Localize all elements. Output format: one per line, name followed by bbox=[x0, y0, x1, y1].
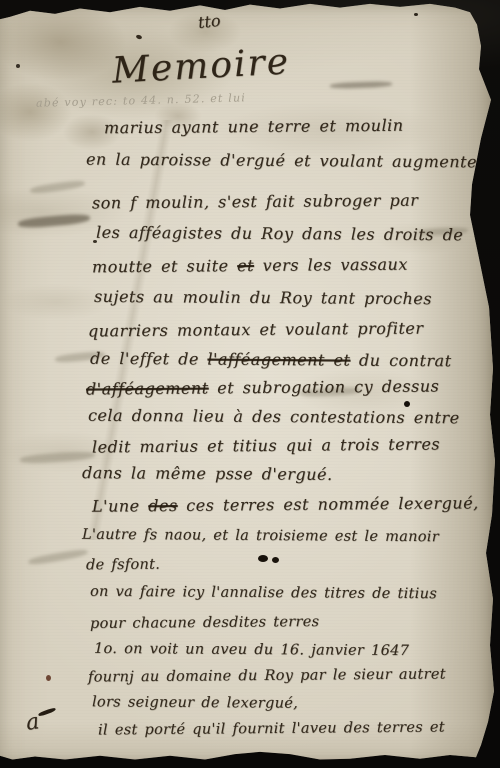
line-segment: moutte et suite bbox=[92, 256, 237, 276]
page-title: Memoire bbox=[111, 41, 291, 91]
manuscript-line: de l'effet de l'afféagement et du contra… bbox=[90, 349, 452, 371]
line-segment: ces terres est nommée lexergué, bbox=[178, 493, 479, 515]
manuscript-line: les afféagistes du Roy dans les droits d… bbox=[96, 223, 463, 245]
manuscript-page: tto Memoire abé voy rec: to 44. n. 52. e… bbox=[0, 0, 500, 768]
ink-blot bbox=[414, 13, 418, 16]
manuscript-line: dans la même psse d'ergué. bbox=[82, 463, 333, 484]
line-segment: de l'effet de bbox=[90, 349, 208, 369]
manuscript-line: quarriers montaux et voulant profiter bbox=[88, 319, 424, 341]
manuscript-line: lors seigneur de lexergué, bbox=[92, 694, 298, 711]
showthrough-smudge bbox=[18, 213, 91, 229]
folio-mark: tto bbox=[197, 11, 221, 32]
manuscript-line: en la paroisse d'ergué et voulant augmen… bbox=[86, 150, 485, 172]
struck-text: des bbox=[148, 496, 178, 515]
struck-text: d'afféagement bbox=[86, 378, 209, 398]
showthrough-smudge bbox=[28, 548, 88, 566]
ink-blot bbox=[135, 34, 142, 40]
ink-blot bbox=[16, 64, 20, 68]
manuscript-line: moutte et suite et vers les vassaux bbox=[92, 255, 408, 277]
ink-blot bbox=[404, 401, 410, 407]
title-flourish-smudge bbox=[330, 81, 392, 89]
line-segment: du contrat bbox=[350, 351, 451, 371]
ink-blot bbox=[258, 555, 268, 562]
manuscript-line: son f moulin, s'est fait subroger par bbox=[92, 191, 419, 213]
manuscript-line: sujets au moulin du Roy tant proches bbox=[94, 287, 432, 308]
photo-backdrop: tto Memoire abé voy rec: to 44. n. 52. e… bbox=[0, 0, 500, 768]
manuscript-line: pour chacune desdites terres bbox=[90, 614, 319, 632]
margin-smudge bbox=[38, 707, 56, 717]
showthrough-smudge bbox=[30, 179, 86, 195]
line-segment: vers les vassaux bbox=[254, 255, 408, 275]
manuscript-line: d'afféagement et subrogation cy dessus bbox=[86, 376, 439, 398]
manuscript-line: ledit marius et titius qui a trois terre… bbox=[92, 434, 440, 456]
manuscript-line: de fsfont. bbox=[86, 557, 160, 574]
struck-text: l'afféagement et bbox=[207, 350, 350, 370]
manuscript-line: 1o. on voit un aveu du 16. janvier 1647 bbox=[94, 641, 409, 659]
pencil-annotation: abé voy rec: to 44. n. 52. et lui bbox=[36, 91, 246, 109]
manuscript-line: il est porté qu'il fournit l'aveu des te… bbox=[98, 719, 445, 738]
manuscript-line: marius ayant une terre et moulin bbox=[104, 116, 404, 138]
manuscript-line: L'autre fs naou, et la troisieme est le … bbox=[82, 527, 439, 545]
manuscript-line: on va faire icy l'annalise des titres de… bbox=[90, 584, 437, 602]
line-segment: L'une bbox=[92, 496, 148, 515]
manuscript-line: L'une des ces terres est nommée lexergué… bbox=[92, 493, 479, 515]
struck-text: et bbox=[237, 256, 254, 275]
line-segment: et subrogation cy dessus bbox=[209, 376, 440, 397]
ink-blot bbox=[272, 557, 279, 563]
manuscript-line: fournj au domaine du Roy par le sieur au… bbox=[88, 666, 446, 685]
rust-spot bbox=[46, 675, 51, 681]
manuscript-line: cela donna lieu à des contestations entr… bbox=[88, 406, 460, 428]
